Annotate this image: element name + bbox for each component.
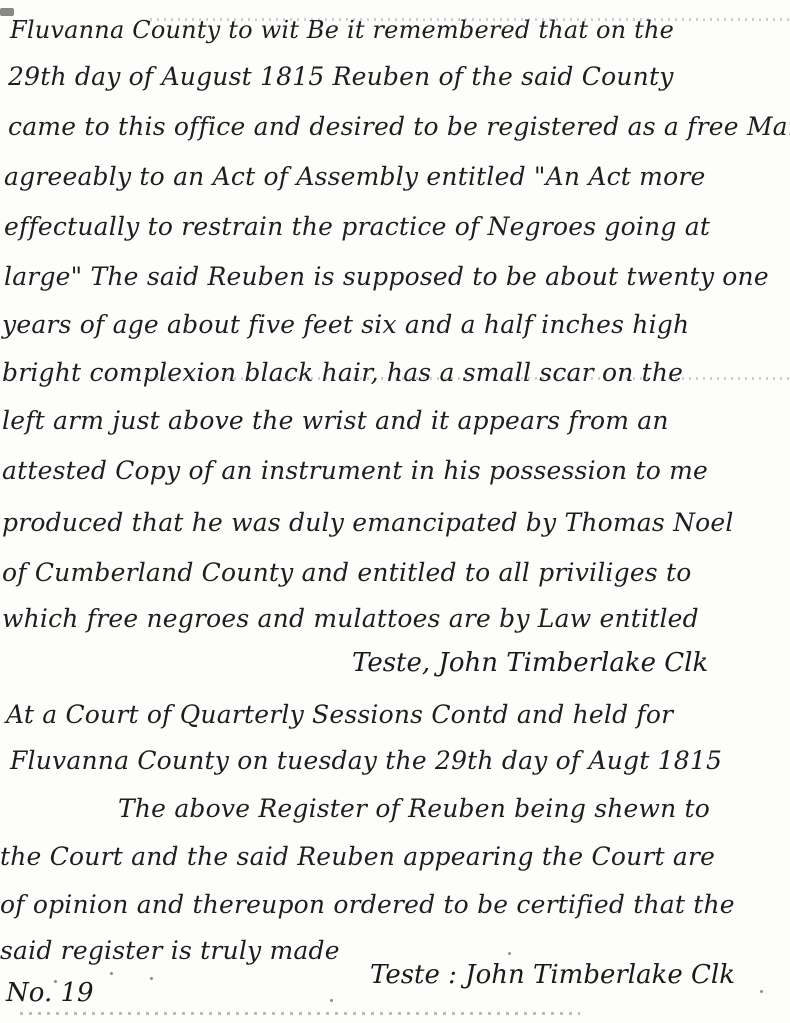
paper-speck xyxy=(54,980,57,983)
paper-speck xyxy=(110,972,113,975)
paper-speck xyxy=(508,952,511,955)
text-line-1: Fluvanna County to wit Be it remembered … xyxy=(10,16,674,44)
court-line-3: The above Register of Reuben being shewn… xyxy=(118,794,710,823)
paper-speck xyxy=(330,999,333,1002)
ink-smudge xyxy=(0,8,14,16)
clerk-signature-2: Teste : John Timberlake Clk xyxy=(370,960,735,990)
court-line-4: the Court and the said Reuben appearing … xyxy=(0,842,715,871)
text-line-13: which free negroes and mulattoes are by … xyxy=(2,604,699,633)
text-line-10: attested Copy of an instrument in his po… xyxy=(2,456,708,485)
clerk-signature-1: Teste, John Timberlake Clk xyxy=(352,648,708,678)
paper-bottom-edge xyxy=(20,1012,580,1015)
text-line-12: of Cumberland County and entitled to all… xyxy=(2,558,692,587)
paper-speck xyxy=(150,977,153,980)
court-line-1: At a Court of Quarterly Sessions Contd a… xyxy=(6,700,673,729)
paper-speck xyxy=(760,990,763,993)
court-line-5: of opinion and thereupon ordered to be c… xyxy=(0,890,735,919)
text-line-2: 29th day of August 1815 Reuben of the sa… xyxy=(8,62,674,91)
text-line-3: came to this office and desired to be re… xyxy=(8,112,790,141)
text-line-4: agreeably to an Act of Assembly entitled… xyxy=(4,162,705,191)
text-line-5: effectually to restrain the practice of … xyxy=(4,212,710,241)
text-line-6: large" The said Reuben is supposed to be… xyxy=(4,262,769,291)
text-line-7: years of age about five feet six and a h… xyxy=(2,310,689,339)
court-line-6: said register is truly made xyxy=(0,936,340,965)
text-line-8: bright complexion black hair, has a smal… xyxy=(2,358,683,387)
text-line-9: left arm just above the wrist and it app… xyxy=(2,406,669,435)
entry-number: No. 19 xyxy=(6,978,94,1008)
text-line-11: produced that he was duly emancipated by… xyxy=(2,508,734,537)
document-page: Fluvanna County to wit Be it remembered … xyxy=(0,0,790,1023)
court-line-2: Fluvanna County on tuesday the 29th day … xyxy=(10,746,722,775)
